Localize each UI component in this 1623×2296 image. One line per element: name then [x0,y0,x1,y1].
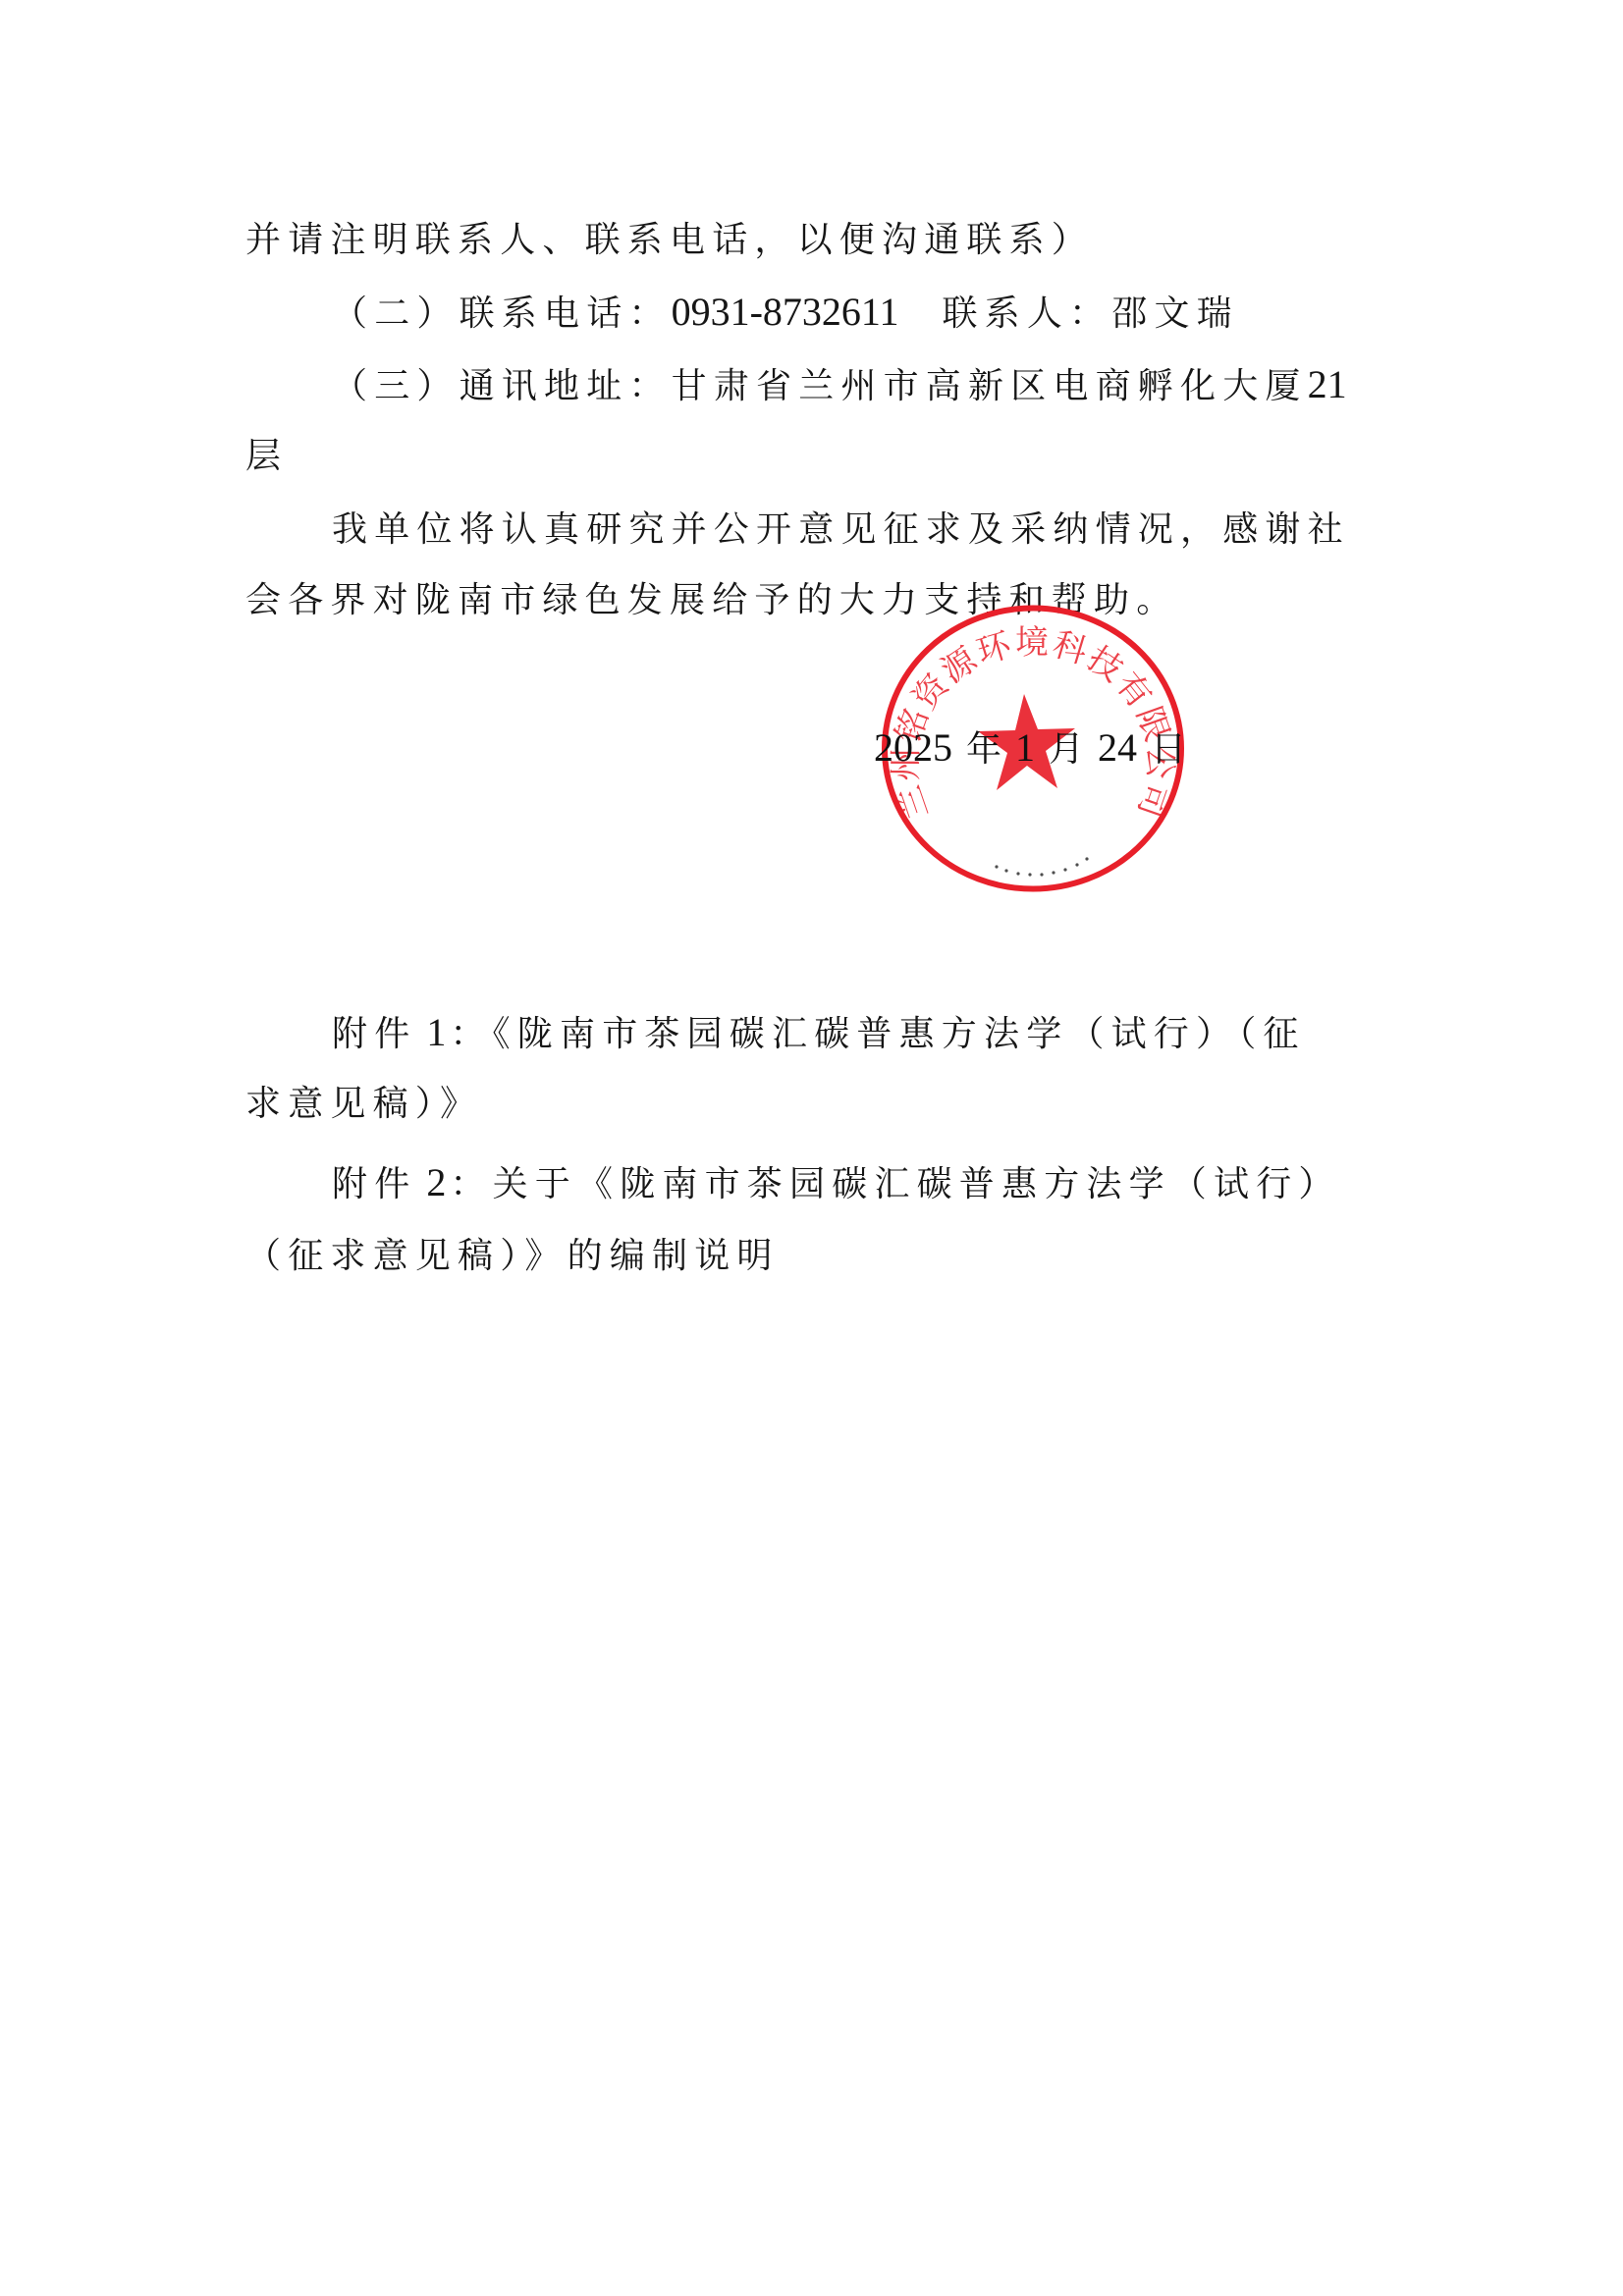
date-month: 1 [1015,725,1035,770]
attachment-1-title: 《陇南市茶园碳汇碳普惠方法学（试行）（征 [493,1014,1306,1054]
paragraph-contact-note: 并请注明联系人、联系电话，以便沟通联系） [245,219,1094,262]
attachment-2-colon: ： [450,1164,492,1204]
attachment-1-line1: 附件1：《陇南市茶园碳汇碳普惠方法学（试行）（征 [332,1011,1306,1056]
attachment-2-title-continued: （征求意见稿）》的编制说明 [245,1236,780,1276]
attachment-1-colon: ： [450,1014,492,1054]
attachment-2-line1: 附件2：关于《陇南市茶园碳汇碳普惠方法学（试行） [332,1161,1341,1206]
attachment-1-title-continued: 求意见稿）》 [245,1084,482,1124]
paragraph-contact-phone: （二）联系电话：0931-8732611联系人：邵文瑞 [332,291,1239,336]
date-year: 2025 [874,725,952,770]
address-floor-unit: 层 [245,436,288,476]
paragraph-address: （三）通讯地址：甘肃省兰州市高新区电商孵化大厦21 [332,363,1347,408]
address-text: 甘肃省兰州市高新区电商孵化大厦 [672,366,1308,406]
closing-text-1: 我单位将认真研究并公开意见征求及采纳情况，感谢社 [332,509,1350,550]
document-page: 并请注明联系人、联系电话，以便沟通联系） （二）联系电话：0931-873261… [0,0,1623,2296]
address-floor-number: 21 [1308,362,1347,406]
attachment-2-label: 附件 [332,1164,416,1204]
date-year-unit: 年 [966,729,1001,770]
contact-person-label: 联系人： [942,294,1111,334]
attachment-1-line2: 求意见稿）》 [245,1083,482,1126]
paragraph-closing-line1: 我单位将认真研究并公开意见征求及采纳情况，感谢社 [332,508,1350,552]
attachment-2-line2: （征求意见稿）》的编制说明 [245,1235,780,1278]
date-day: 24 [1098,725,1137,770]
paragraph-address-continued: 层 [245,435,288,478]
phone-label: （二）联系电话： [332,294,672,334]
attachment-1-label: 附件 [332,1014,416,1054]
date-month-unit: 月 [1049,729,1084,770]
signature-date: 2025年1月24日 [874,724,1200,774]
attachment-2-number: 2 [426,1160,446,1204]
date-day-unit: 日 [1151,729,1186,770]
address-label: （三）通讯地址： [332,366,672,406]
contact-note-text: 并请注明联系人、联系电话，以便沟通联系） [245,220,1094,260]
contact-person-name: 邵文瑞 [1111,294,1239,334]
attachment-1-number: 1 [426,1010,446,1054]
attachment-2-title: 关于《陇南市茶园碳汇碳普惠方法学（试行） [493,1164,1341,1204]
phone-number: 0931-8732611 [672,290,899,334]
